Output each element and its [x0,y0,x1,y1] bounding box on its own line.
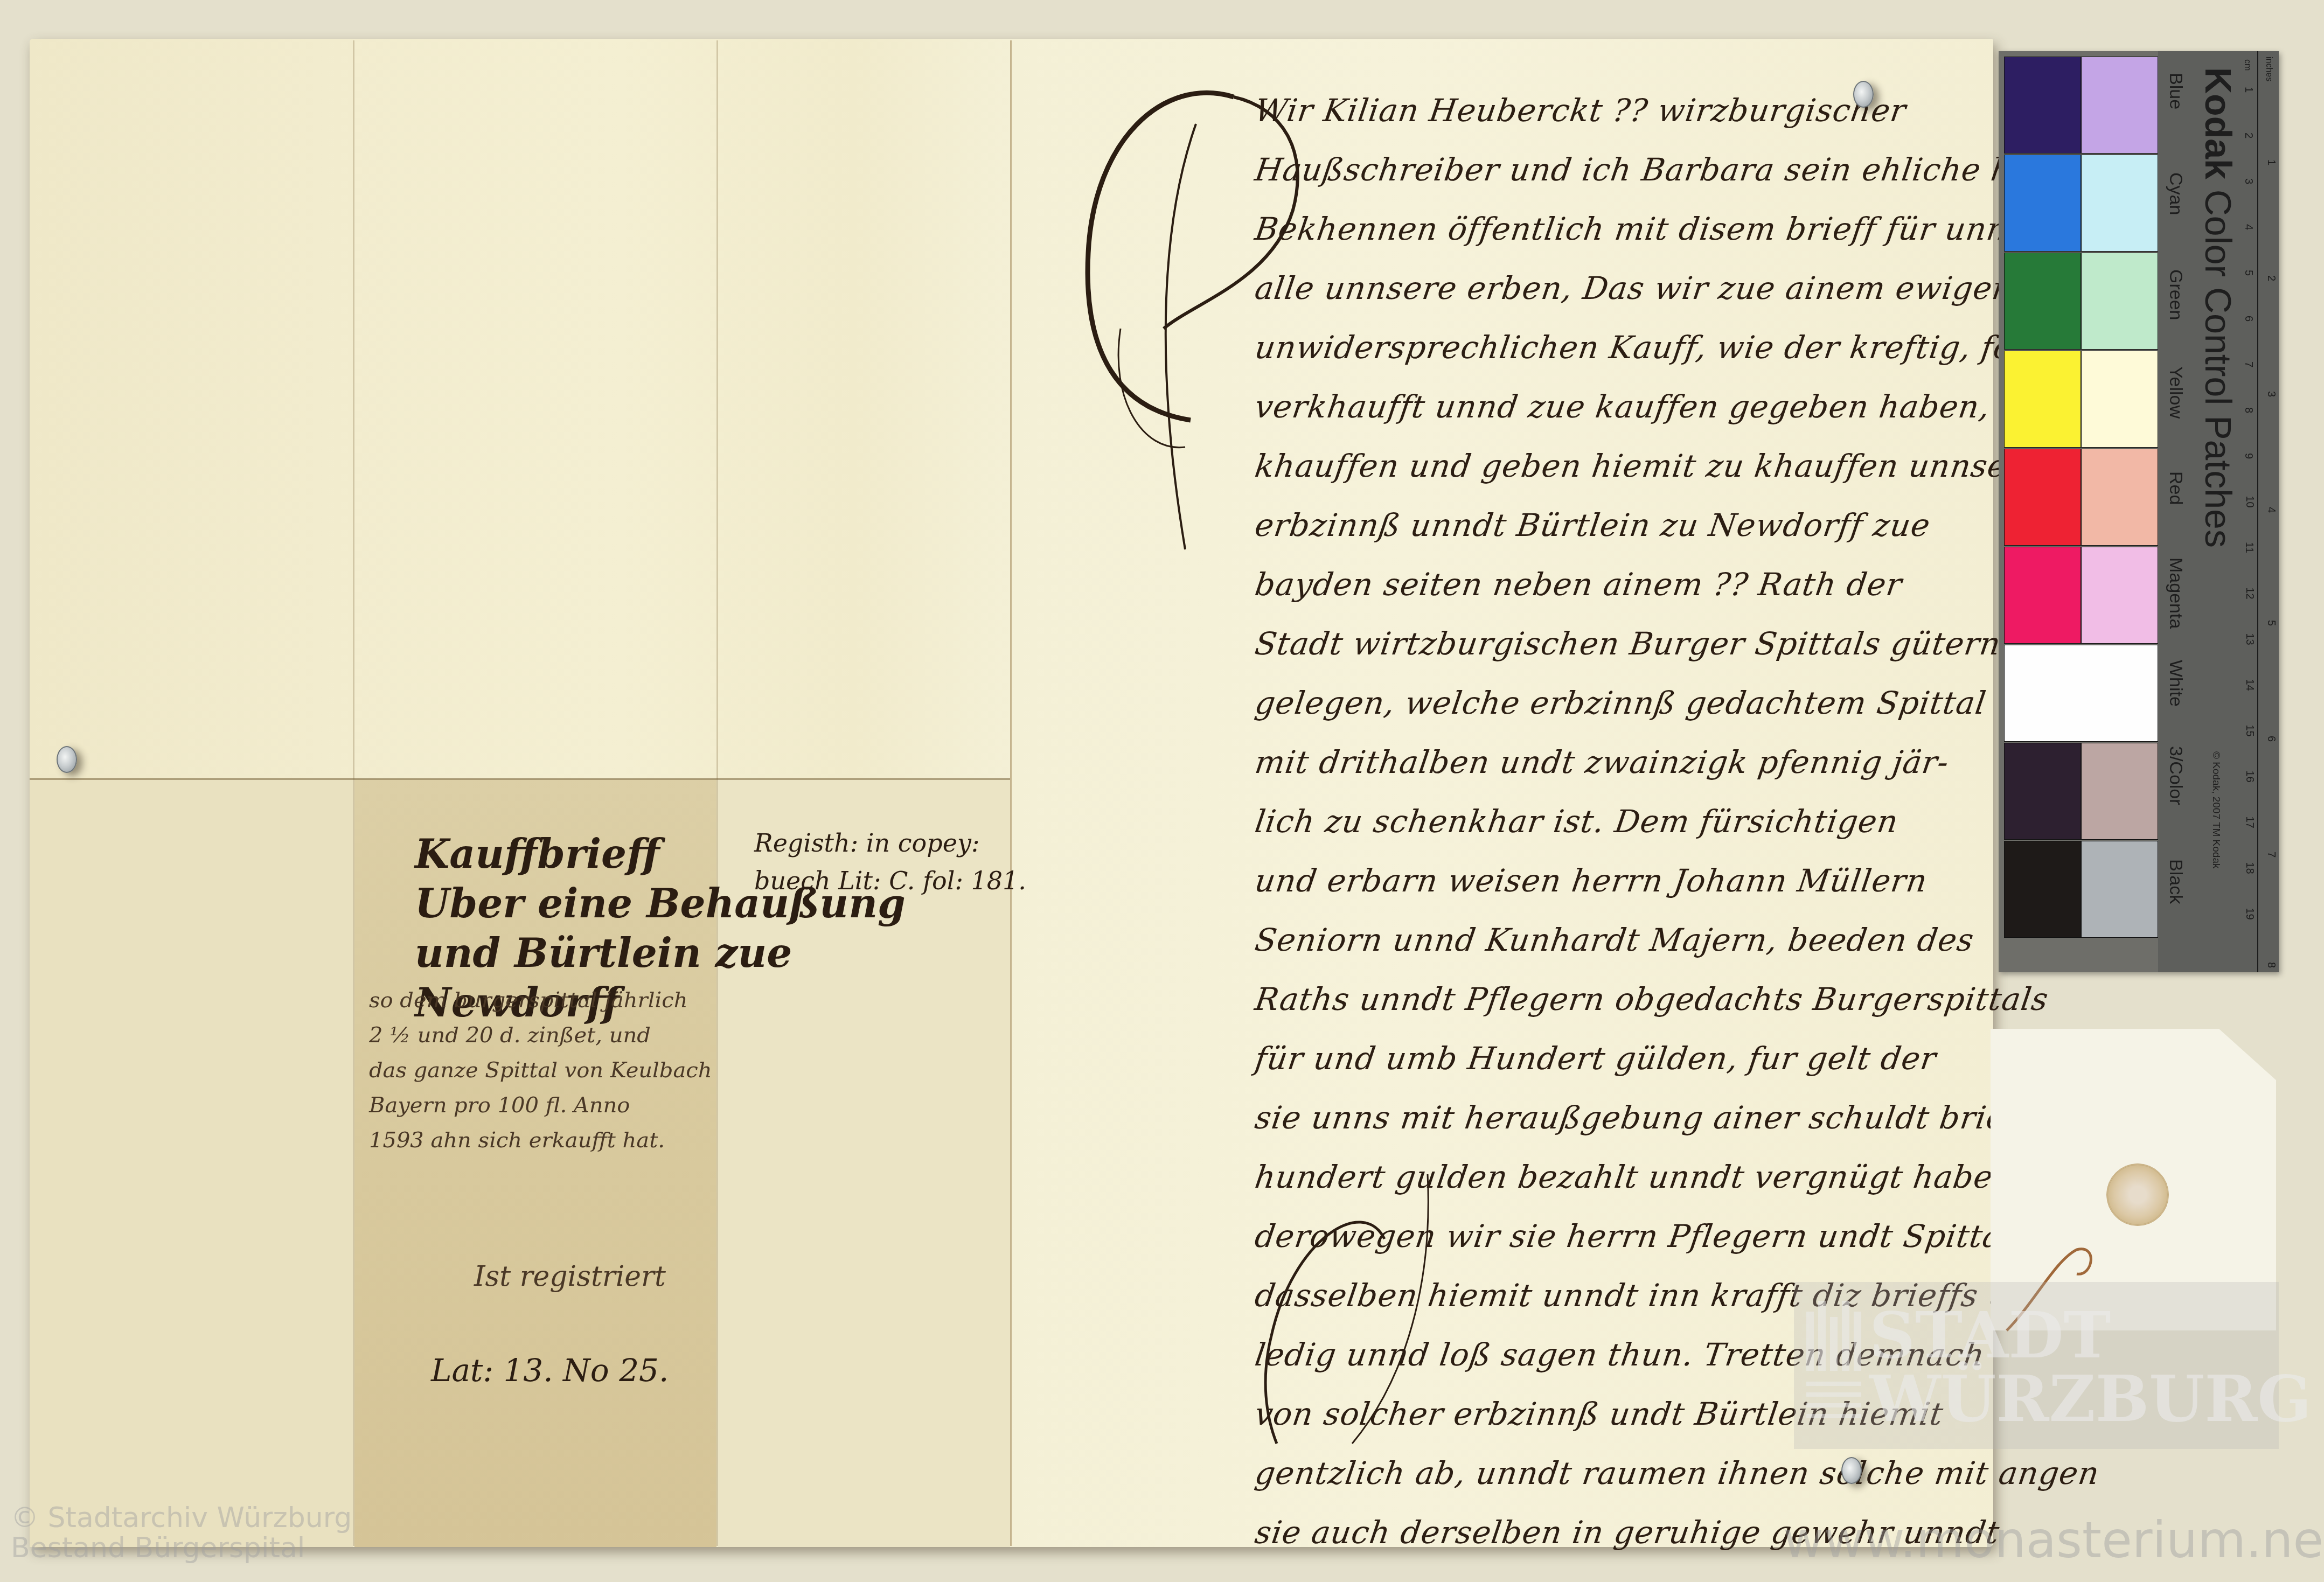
patch-3color-dark [2004,743,2081,840]
dorsal-copybook-reference: Registh: in copey: buech Lit: C. fol: 18… [754,824,1026,900]
label-3color: 3/Color [2165,746,2186,805]
label-magenta: Magenta [2165,557,2186,629]
dorsal-panel-left [30,779,353,1547]
kodak-title: Kodak Color Control Patches [2197,67,2239,548]
text-line: für und umb Hundert gülden, fur gelt der [1251,1029,1959,1088]
text-line: und erbarn weisen herrn Johann Müllern [1251,851,1959,910]
cm-tick-label: 16 [2243,770,2256,782]
label-green: Green [2165,269,2186,320]
label-blue: Blue [2165,73,2186,109]
kodak-brand: Kodak [2197,67,2238,179]
dorsal-summary-line: das ganze Spittal von Keulbach [369,1053,712,1088]
city-watermark-line: WÜRZBURG [1869,1367,2312,1431]
cm-tick-label: 9 [2242,453,2255,459]
city-watermark: STADT WÜRZBURG [1869,1304,2312,1431]
fold-line-vertical-3 [1010,40,1012,1546]
text-line: erbzinnß unndt Bürtlein zu Newdorff zue [1251,496,1959,555]
patch-green-light [2081,253,2158,350]
label-black: Black [2165,859,2186,904]
patch-row-yellow [2004,351,2158,449]
cm-tick-label: 18 [2243,862,2256,874]
copybook-reference-line: buech Lit: C. fol: 181. [754,862,1026,900]
patch-white [2004,645,2158,742]
ruler-baseline [2257,51,2258,972]
patch-cyan-dark [2004,155,2081,252]
patch-row-green [2004,253,2158,351]
kodak-product-name: Color Control Patches [2197,190,2238,548]
inch-tick-label: 6 [2265,736,2277,742]
archive-watermark-line: © Stadtarchiv Würzburg [11,1503,352,1533]
color-patches [2004,57,2158,967]
patch-black-light [2081,841,2158,938]
cm-tick-label: 17 [2243,816,2256,828]
ruler-unit-cm: cm [2242,59,2252,71]
patch-row-black [2004,841,2158,939]
text-line: mit drithalben undt zwainzigk pfennig jä… [1251,733,1959,792]
dorsal-summary-line: so dem burgerspittal jährlich [369,983,712,1018]
patch-yellow-dark [2004,351,2081,448]
text-line: unwidersprechlichen Kauff, wie der kreft… [1251,318,1959,377]
cm-tick-label: 6 [2242,316,2255,322]
dorsal-summary-line: 2 ½ und 20 d. zinßet, und [369,1018,712,1053]
label-cyan: Cyan [2165,172,2186,215]
label-red: Red [2165,471,2186,505]
patch-red-light [2081,449,2158,546]
text-line: verkhaufft unnd zue kauffen gegeben habe… [1251,377,1959,436]
text-line: Bekhennen öffentlich mit disem brieff fü… [1251,199,1959,259]
text-line: bayden seiten neben ainem ?? Rath der [1251,555,1959,614]
copybook-reference-line: Registh: in copey: [754,824,1026,862]
patch-blue-dark [2004,57,2081,154]
mounting-pin-icon [1853,81,1874,108]
closing-flourish-icon [1228,1174,1444,1454]
cm-tick-label: 13 [2243,633,2256,645]
cm-tick-label: 2 [2242,133,2255,138]
dorsal-summary: so dem burgerspittal jährlich 2 ½ und 20… [369,983,712,1158]
inch-tick-label: 3 [2265,391,2277,397]
dorsal-summary-line: Bayern pro 100 fl. Anno [369,1088,712,1123]
ruler-unit-inches: inches [2264,57,2273,81]
dorsal-registration-note: Ist registriert [474,1260,666,1293]
text-line: sie unns mit heraußgebung ainer schuldt … [1251,1088,1959,1147]
patch-blue-light [2081,57,2158,154]
fold-line-vertical-2 [716,40,718,1546]
fold-line-vertical-1 [353,40,354,1546]
fold-line-horizontal [30,778,1010,780]
patch-cyan-light [2081,155,2158,252]
cm-tick-label: 15 [2243,724,2256,736]
cm-tick-label: 1 [2242,87,2255,93]
cm-tick-label: 11 [2243,542,2255,553]
inch-tick-label: 5 [2265,620,2277,626]
archive-watermark-line: Bestand Bürgerspital [11,1533,352,1563]
text-line: Raths unndt Pflegern obgedachts Burgersp… [1251,970,1959,1029]
inch-tick-label: 2 [2265,275,2277,281]
cm-tick-label: 7 [2242,361,2255,367]
patch-3color-light [2081,743,2158,840]
cm-tick-label: 19 [2243,908,2256,919]
text-line: lich zu schenkhar ist. Dem fürsichtigen [1251,792,1959,851]
wax-seal-icon [2106,1163,2169,1226]
city-watermark-line: STADT [1869,1304,2312,1367]
text-line: gelegen, welche erbzinnß gedachtem Spitt… [1251,673,1959,733]
inch-tick-label: 4 [2265,507,2277,513]
patch-row-cyan [2004,155,2158,253]
monasterium-watermark: www.monasterium.net [1783,1514,2324,1567]
dorsal-shelfmark: Lat: 13. No 25. [431,1352,669,1389]
text-line: khauffen und geben hiemit zu khauffen un… [1251,436,1959,496]
cm-tick-label: 12 [2243,587,2256,599]
patch-black-dark [2004,841,2081,938]
patch-green-dark [2004,253,2081,350]
inch-tick-label: 1 [2265,159,2277,165]
patch-red-dark [2004,449,2081,546]
patch-row-white [2004,645,2158,743]
inch-tick-label: 8 [2265,962,2277,968]
patch-row-3color [2004,743,2158,841]
kodak-color-chart: Kodak Color Control Patches Blue Cyan Gr… [1999,51,2279,972]
patch-row-blue [2004,57,2158,155]
cm-tick-label: 5 [2242,270,2255,276]
patch-row-magenta [2004,547,2158,645]
dorsal-summary-line: 1593 ahn sich erkaufft hat. [369,1123,712,1158]
label-yellow: Yellow [2165,366,2186,419]
kodak-copyright: © Kodak, 2007 TM Kodak [2210,751,2222,869]
text-line: Stadt wirtzburgischen Burger Spittals gü… [1251,614,1959,673]
dorsal-title-line: und Bürtlein zue [415,929,906,978]
patch-row-red [2004,449,2158,547]
text-line: Haußschreiber und ich Barbara sein ehlic… [1251,140,1959,199]
city-logo-icon [1802,1295,1867,1441]
cm-tick-label: 8 [2242,407,2255,413]
label-white: White [2165,660,2186,707]
cm-tick-label: 14 [2243,679,2256,691]
kodak-label-strip: Kodak Color Control Patches Blue Cyan Gr… [2158,51,2279,972]
cm-tick-label: 10 [2243,496,2256,507]
inch-tick-label: 7 [2265,852,2277,858]
text-line: Seniorn unnd Kunhardt Majern, beeden des [1251,910,1959,970]
text-line: alle unnsere erben, Das wir zue ainem ew… [1251,259,1959,318]
cm-tick-label: 3 [2242,178,2255,184]
cm-tick-label: 4 [2242,224,2255,230]
patch-magenta-light [2081,547,2158,644]
patch-yellow-light [2081,351,2158,448]
mounting-pin-icon [1841,1457,1862,1484]
archive-watermark: © Stadtarchiv Würzburg Bestand Bürgerspi… [11,1503,352,1563]
mounting-pin-icon [57,746,77,773]
patch-magenta-dark [2004,547,2081,644]
